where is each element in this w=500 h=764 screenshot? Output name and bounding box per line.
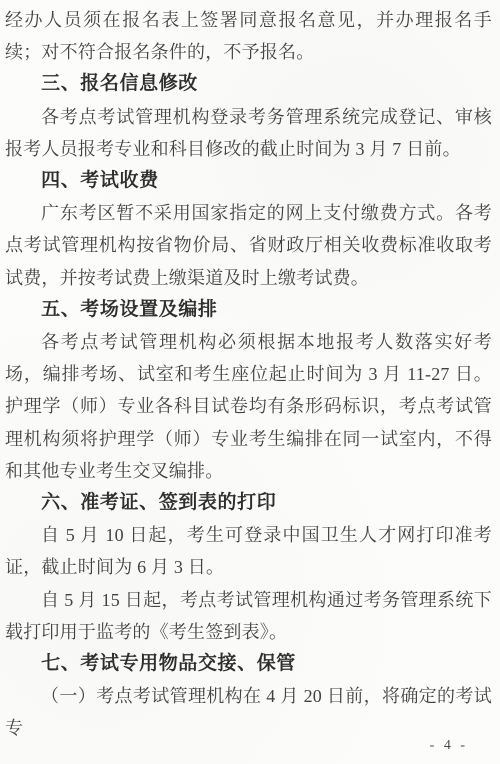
- paragraph-exam-venue-arrangement: 各考点考试管理机构必须根据本地报考人数落实好考场，编排考场、试室和考生座位起止时…: [5, 326, 492, 487]
- paragraph-registration-continuation: 经办人员须在报名表上签署同意报名意见，并办理报名手续；对不符合报名条件的，不予报…: [5, 4, 492, 68]
- section-heading-4-exam-fees: 四、考试收费: [5, 165, 492, 197]
- paragraph-sign-in-sheet-download: 自 5 月 15 日起，考点考试管理机构通过考务管理系统下载打印用于监考的《考生…: [5, 584, 492, 648]
- section-heading-5-exam-venue-arrangement: 五、考场设置及编排: [5, 294, 492, 326]
- page-number: - 4 -: [430, 730, 468, 762]
- paragraph-exam-supplies-handover: （一）考点考试管理机构在 4 月 20 日前，将确定的考试专: [5, 680, 492, 744]
- paragraph-registration-info-modification: 各考点考试管理机构登录考务管理系统完成登记、审核报考人员报考专业和科目修改的截止…: [5, 101, 492, 165]
- paragraph-exam-fees: 广东考区暂不采用国家指定的网上支付缴费方式。各考点考试管理机构按省物价局、省财政…: [5, 197, 492, 294]
- scanned-document-page: 经办人员须在报名表上签署同意报名意见，并办理报名手续；对不符合报名条件的，不予报…: [0, 0, 500, 764]
- section-heading-3-registration-info-modification: 三、报名信息修改: [5, 68, 492, 100]
- section-heading-7-exam-supplies-handover: 七、考试专用物品交接、保管: [5, 648, 492, 680]
- paragraph-admission-ticket-printing: 自 5 月 10 日起，考生可登录中国卫生人才网打印准考证，截止时间为 6 月 …: [5, 519, 492, 583]
- section-heading-6-admission-ticket-printing: 六、准考证、签到表的打印: [5, 487, 492, 519]
